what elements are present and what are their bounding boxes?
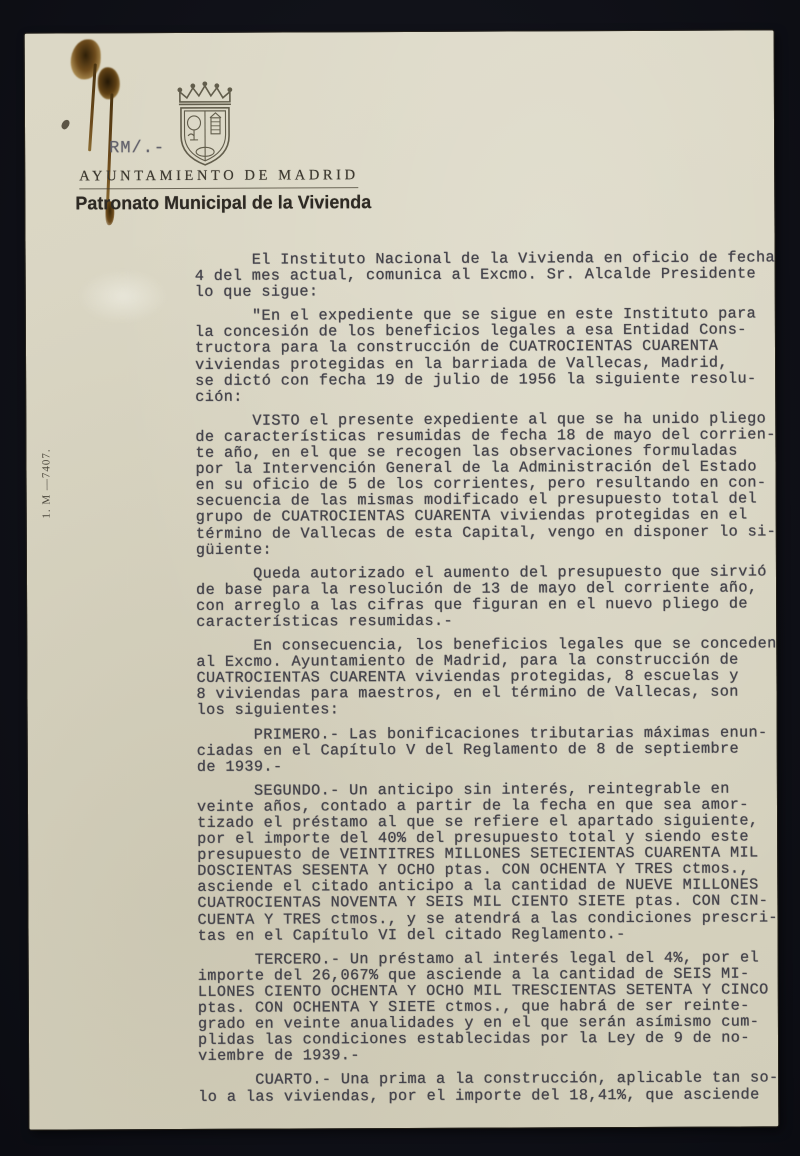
typewritten-line: los siguientes: [197,700,772,719]
madrid-coat-of-arms-icon [164,80,246,172]
paragraph: VISTO el presente expediente al que se h… [195,410,771,557]
typewritten-line: con arreglo a las cifras que figuran en … [196,595,771,614]
document-page: RM/.- [25,30,779,1129]
paragraph: PRIMERO.- Las bonificaciones tributarias… [197,724,772,775]
margin-form-code: 1. M —7407. [40,423,61,543]
typewritten-line: término de Vallecas de esta Capital, ven… [196,523,771,542]
paragraph: SEGUNDO.- Un anticipo sin interés, reint… [197,780,773,943]
typewritten-line: lo que sigue: [195,282,770,301]
paragraph: El Instituto Nacional de la Vivienda en … [195,249,770,300]
typewritten-line: plidas las condiciones establecidas por … [198,1030,773,1049]
paragraph: En consecuencia, los beneficios legales … [196,635,771,718]
paragraph: "En el expediente que se sigue en este I… [195,306,770,405]
paper-smudge [78,269,168,323]
letterhead-organization: AYUNTAMIENTO DE MADRID [79,167,359,189]
ink-stain-blob [71,39,101,79]
typewritten-line: 4 del mes actual, comunica al Excmo. Sr.… [195,265,770,284]
typewritten-line: ciadas en el Capítulo V del Reglamento d… [197,740,772,759]
typewritten-line: lo a las viviendas, por el importe del 1… [198,1086,773,1105]
typewritten-line: viembre de 1939.- [198,1046,773,1065]
ink-stain-drip [88,63,96,151]
reference-mark: RM/.- [109,139,165,158]
paragraph: Queda autorizado el aumento del presupue… [196,563,771,630]
typewritten-line: se dictó con fecha 19 de julio de 1956 l… [195,370,770,389]
typewritten-line: 8 viviendas para maestros, en el término… [196,684,771,703]
document-body: El Instituto Nacional de la Vivienda en … [195,249,774,1112]
letterhead-department: Patronato Municipal de la Vivienda [75,191,371,214]
typewritten-line: características resumidas.- [196,611,771,630]
ink-stain-blob [98,67,120,99]
ink-speck [60,118,72,130]
paragraph: CUARTO.- Una prima a la construcción, ap… [198,1070,773,1105]
scanned-document-photo: { "document": { "reference_mark": "RM/.-… [0,0,800,1156]
typewritten-line: tas en el Capítulo VI del citado Reglame… [198,925,773,944]
paragraph: TERCERO.- Un préstamo al interés legal d… [198,949,773,1064]
